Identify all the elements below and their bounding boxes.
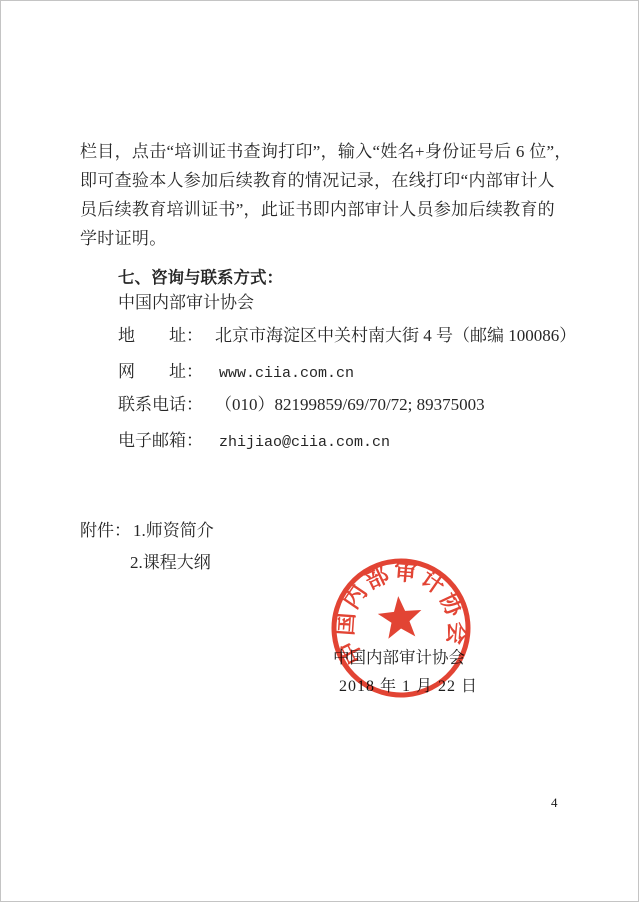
contact-phone-value: （010）82199859/69/70/72; 89375003 xyxy=(215,390,485,415)
contact-address-value: 北京市海淀区中关村南大街 4 号（邮编 100086） xyxy=(215,321,576,346)
page-number: 4 xyxy=(551,795,558,811)
section-heading: 七、咨询与联系方式： xyxy=(118,264,283,288)
paragraph-line: 员后续教育培训证书”，此证书即内部审计人员参加后续教育的 xyxy=(80,200,555,220)
contact-email-label: 电子邮箱： xyxy=(118,426,203,451)
contact-email-value: zhijiao@ciia.com.cn xyxy=(219,434,390,451)
attachment-item-2: 2.课程大纲 xyxy=(130,548,211,573)
contact-email-row: 电子邮箱： zhijiao@ciia.com.cn xyxy=(118,426,390,451)
attachment-item-1: 1.师资简介 xyxy=(133,516,214,541)
contact-website-value: www.ciia.com.cn xyxy=(219,365,354,382)
paragraph-line: 栏目，点击“培训证书查询打印”，输入“姓名+身份证号后 6 位”， xyxy=(80,142,572,162)
signature-org: 中国内部审计协会 xyxy=(333,644,465,668)
contact-website-row: 网 址： www.ciia.com.cn xyxy=(118,357,354,382)
signature-date: 2018 年 1 月 22 日 xyxy=(339,673,478,696)
org-name: 中国内部审计协会 xyxy=(118,288,254,313)
contact-address-row: 地 址： 北京市海淀区中关村南大街 4 号（邮编 100086） xyxy=(118,321,576,346)
attachments-row: 附件： 1.师资简介 xyxy=(80,516,214,541)
document-page: 栏目，点击“培训证书查询打印”，输入“姓名+身份证号后 6 位”， 即可查验本人… xyxy=(0,0,639,902)
attachments-label: 附件： xyxy=(80,516,131,541)
seal-star-icon xyxy=(376,594,423,639)
paragraph-line: 学时证明。 xyxy=(80,229,167,249)
attachments-row: 2.课程大纲 xyxy=(128,548,211,573)
paragraph-line: 即可查验本人参加后续教育的情况记录，在线打印“内部审计人 xyxy=(80,171,555,191)
contact-website-label: 网 址： xyxy=(118,357,203,382)
contact-phone-label: 联系电话： xyxy=(118,390,203,415)
contact-phone-row: 联系电话： （010）82199859/69/70/72; 89375003 xyxy=(118,390,485,415)
contact-address-label: 地 址： xyxy=(118,321,203,346)
